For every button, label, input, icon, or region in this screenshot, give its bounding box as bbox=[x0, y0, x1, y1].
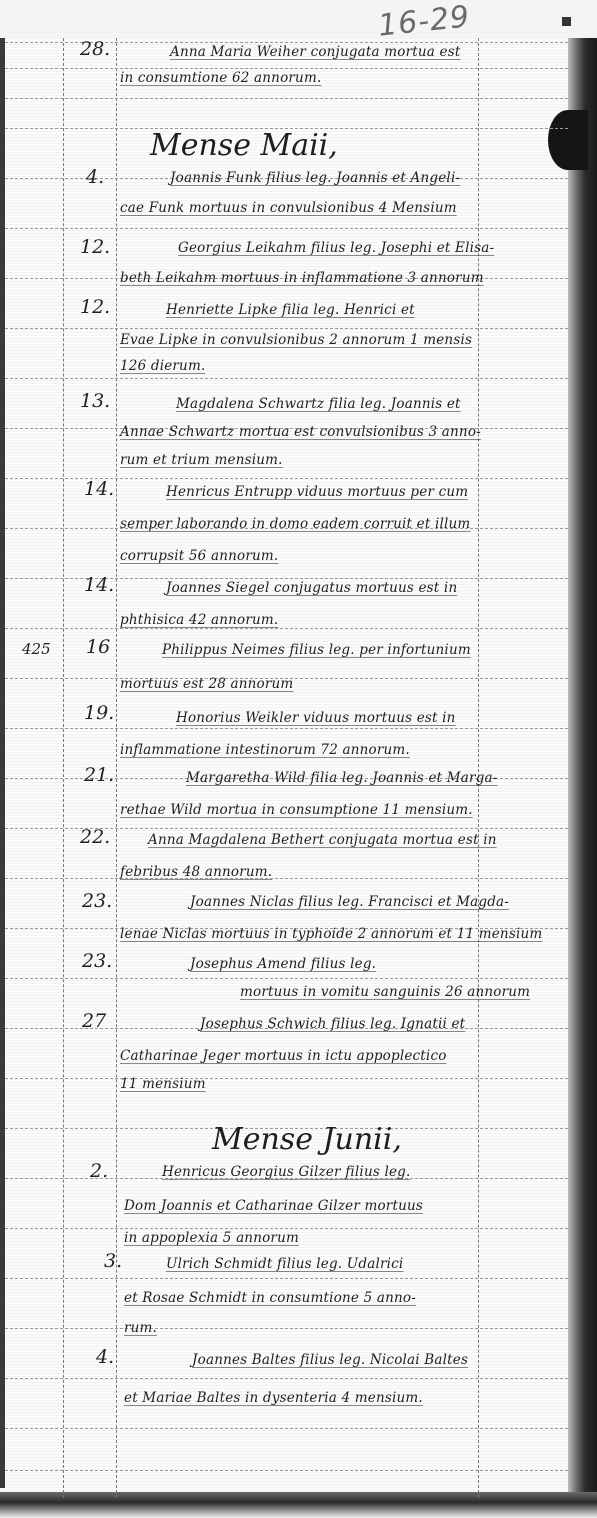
scan-artifact-blob bbox=[548, 110, 588, 170]
month-heading-june: Mense Junii, bbox=[212, 1122, 402, 1157]
margin-note: 425 bbox=[22, 640, 51, 658]
month-heading-may: Mense Maii, bbox=[150, 128, 338, 163]
entry-line: phthisica 42 annorum. bbox=[120, 612, 278, 628]
scan-left-edge bbox=[0, 38, 5, 1488]
entry-line: Anna Maria Weiher conjugata mortua est bbox=[170, 44, 460, 60]
scanned-register-page: 16-29 28. Anna Maria Weiher conjugata mo… bbox=[0, 0, 597, 1518]
entry-day: 4. bbox=[86, 166, 104, 188]
ruling bbox=[5, 978, 568, 980]
entry-line: semper laborando in domo eadem corruit e… bbox=[120, 516, 470, 532]
entry-line: Anna Magdalena Bethert conjugata mortua … bbox=[148, 832, 497, 848]
entry-line: Honorius Weikler viduus mortuus est in bbox=[176, 710, 456, 726]
ruling bbox=[5, 1278, 568, 1280]
entry-line: Henricus Georgius Gilzer filius leg. bbox=[162, 1164, 411, 1180]
entry-day: 14. bbox=[84, 478, 114, 500]
entry-line: mortuus est 28 annorum bbox=[120, 676, 293, 692]
entry-line: Josephus Schwich filius leg. Ignatii et bbox=[200, 1016, 465, 1032]
entry-line: Joannes Siegel conjugatus mortuus est in bbox=[166, 580, 457, 596]
entry-line: Margaretha Wild filia leg. Joannis et Ma… bbox=[186, 770, 498, 786]
ruling bbox=[5, 328, 568, 330]
entry-line: Henriette Lipke filia leg. Henrici et bbox=[166, 302, 415, 318]
entry-line: 11 mensium bbox=[120, 1076, 206, 1092]
entry-line: Ulrich Schmidt filius leg. Udalrici bbox=[166, 1256, 403, 1272]
entry-day: 4. bbox=[96, 1346, 114, 1368]
entry-day: 14. bbox=[84, 574, 114, 596]
entry-line: febribus 48 annorum. bbox=[120, 864, 272, 880]
entry-day: 3. bbox=[104, 1250, 122, 1272]
entry-line: corrupsit 56 annorum. bbox=[120, 548, 278, 564]
entry-line: 126 dierum. bbox=[120, 358, 205, 374]
ruling bbox=[5, 378, 568, 380]
entry-day: 13. bbox=[80, 390, 110, 412]
entry-line: Joannis Funk filius leg. Joannis et Ange… bbox=[170, 170, 460, 186]
entry-line: Annae Schwartz mortua est convulsionibus… bbox=[120, 424, 481, 440]
entry-line: in appoplexia 5 annorum bbox=[124, 1230, 299, 1246]
entry-day: 28. bbox=[80, 38, 110, 60]
entry-day: 12. bbox=[80, 296, 110, 318]
entry-line: beth Leikahm mortuus in inflammatione 3 … bbox=[120, 270, 484, 286]
entry-day: 16 bbox=[86, 636, 110, 658]
entry-line: Georgius Leikahm filius leg. Josephi et … bbox=[178, 240, 494, 256]
entry-day: 2. bbox=[90, 1160, 108, 1182]
entry-line: et Mariae Baltes in dysenteria 4 mensium… bbox=[124, 1390, 423, 1406]
entry-day: 23. bbox=[82, 890, 112, 912]
entry-line: in consumtione 62 annorum. bbox=[120, 70, 321, 86]
entry-line: rum. bbox=[124, 1320, 157, 1336]
entry-line: Joannes Niclas filius leg. Francisci et … bbox=[190, 894, 509, 910]
ruling bbox=[5, 728, 568, 730]
entry-line: Philippus Neimes filius leg. per infortu… bbox=[162, 642, 471, 658]
ruling bbox=[5, 1428, 568, 1430]
entry-line: Evae Lipke in convulsionibus 2 annorum 1… bbox=[120, 332, 472, 348]
ruling bbox=[5, 98, 568, 100]
ruling bbox=[5, 1328, 568, 1330]
entry-line: lenae Niclas mortuus in typhoide 2 annor… bbox=[120, 926, 542, 942]
entry-line: Dom Joannis et Catharinae Gilzer mortuus bbox=[124, 1198, 423, 1214]
entry-line: rum et trium mensium. bbox=[120, 452, 283, 468]
entry-day: 27 bbox=[82, 1010, 106, 1032]
entry-line: mortuus in vomitu sanguinis 26 annorum bbox=[240, 984, 530, 1000]
ruling bbox=[5, 228, 568, 230]
entry-line: Henricus Entrupp viduus mortuus per cum bbox=[166, 484, 468, 500]
entry-day: 22. bbox=[80, 826, 110, 848]
entry-line: cae Funk mortuus in convulsionibus 4 Men… bbox=[120, 200, 457, 216]
ruling bbox=[5, 1078, 568, 1080]
entry-line: inflammatione intestinorum 72 annorum. bbox=[120, 742, 410, 758]
entry-day: 19. bbox=[84, 702, 114, 724]
entry-day: 12. bbox=[80, 236, 110, 258]
entry-line: et Rosae Schmidt in consumtione 5 anno- bbox=[124, 1290, 416, 1306]
ruling bbox=[5, 628, 568, 630]
scan-right-edge bbox=[568, 38, 597, 1508]
entry-day: 21. bbox=[84, 764, 114, 786]
entry-line: Josephus Amend filius leg. bbox=[190, 956, 376, 972]
entry-line: Magdalena Schwartz filia leg. Joannis et bbox=[176, 396, 461, 412]
top-margin bbox=[0, 0, 597, 38]
entry-line: Joannes Baltes filius leg. Nicolai Balte… bbox=[192, 1352, 468, 1368]
entry-day: 23. bbox=[82, 950, 112, 972]
ruling bbox=[5, 1378, 568, 1380]
entry-line: rethae Wild mortua in consumptione 11 me… bbox=[120, 802, 473, 818]
ruling bbox=[5, 878, 568, 880]
corner-marker bbox=[562, 17, 571, 26]
ruling bbox=[5, 1470, 568, 1472]
entry-line: Catharinae Jeger mortuus in ictu appople… bbox=[120, 1048, 447, 1064]
scan-bottom-edge bbox=[0, 1492, 597, 1518]
